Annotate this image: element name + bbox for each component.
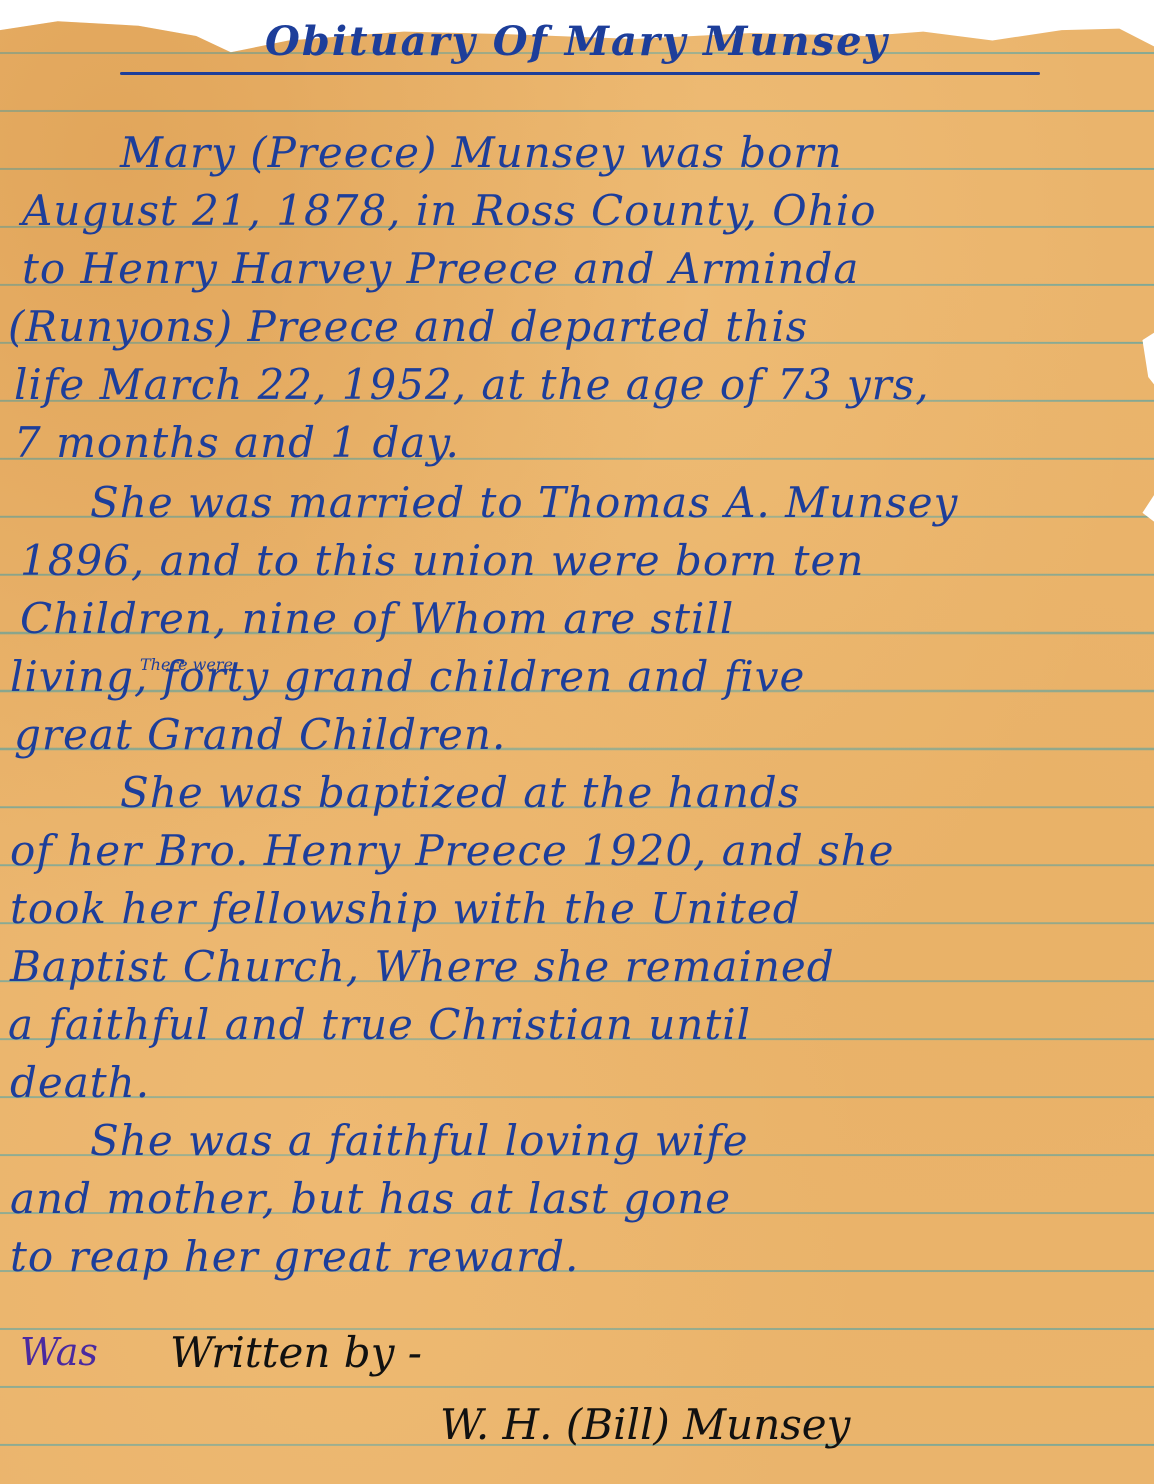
text-line: 1896, and to this union were born ten: [20, 536, 864, 585]
text-line: (Runyons) Preece and departed this: [8, 302, 808, 351]
text-line: Baptist Church, Where she remained: [10, 942, 835, 991]
text-line: She was baptized at the hands: [120, 768, 800, 817]
annotation-was: Was: [20, 1330, 98, 1374]
document-title: Obituary Of Mary Munsey: [265, 18, 889, 65]
written-by-label: Written by -: [170, 1328, 422, 1377]
text-line: living, forty grand children and five: [10, 652, 805, 701]
obituary-document: Obituary Of Mary Munsey Mary (Preece) Mu…: [0, 0, 1154, 1484]
text-line: Children, nine of Whom are still: [20, 594, 734, 643]
text-line: of her Bro. Henry Preece 1920, and she: [10, 826, 895, 875]
text-line: to Henry Harvey Preece and Arminda: [22, 244, 859, 293]
title-underline: [120, 72, 1040, 75]
text-line: life March 22, 1952, at the age of 73 yr…: [14, 360, 930, 409]
text-line: a faithful and true Christian until: [8, 1000, 751, 1049]
text-line: took her fellowship with the United: [10, 884, 801, 933]
text-line: Mary (Preece) Munsey was born: [120, 128, 843, 177]
text-line: and mother, but has at last gone: [10, 1174, 731, 1223]
text-line: to reap her great reward.: [10, 1232, 579, 1281]
author-signature: W. H. (Bill) Munsey: [440, 1400, 850, 1449]
text-line: death.: [10, 1058, 150, 1107]
text-line: 7 months and 1 day.: [14, 418, 460, 467]
text-line: August 21, 1878, in Ross County, Ohio: [22, 186, 876, 235]
text-line: She was a faithful loving wife: [90, 1116, 749, 1165]
text-line: great Grand Children.: [14, 710, 506, 759]
text-line: She was married to Thomas A. Munsey: [90, 478, 958, 527]
